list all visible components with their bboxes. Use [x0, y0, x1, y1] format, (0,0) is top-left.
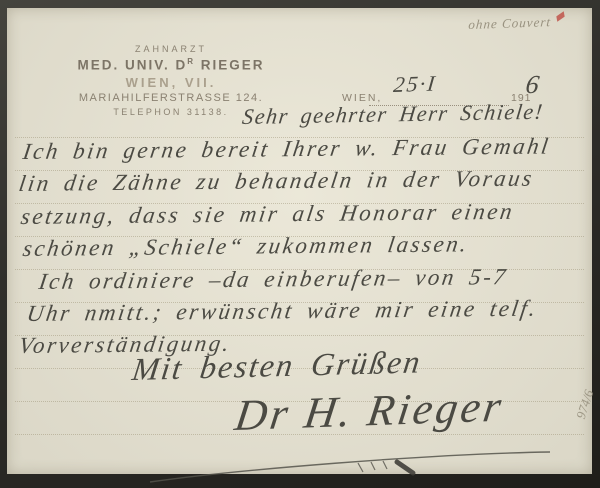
- scanned-letter: { "annotations": { "pencil_note": "ohne …: [0, 0, 600, 488]
- letter-body-line: Ich ordiniere –da einberufen– von 5-7: [37, 264, 509, 295]
- letter-body-line: setzung, dass sie mir als Honorar einen: [19, 199, 516, 230]
- pencil-note: ohne Couvert: [468, 14, 552, 33]
- dateline-year-handwritten: 6: [524, 70, 541, 100]
- letterhead-street: MARIAHILFERSTRASSE 124.: [45, 92, 297, 104]
- dateline-date-handwritten: 25·I: [392, 71, 438, 98]
- inventory-number: 974/6: [573, 388, 597, 421]
- letter-greeting: Sehr geehrter Herr Schiele!: [241, 99, 545, 130]
- letterhead-name-prefix: MED. UNIV. D: [77, 58, 187, 73]
- letterhead-city: WIEN, VII.: [45, 75, 297, 90]
- letter-closing: Mit besten Grüßen: [130, 343, 424, 388]
- letterhead-name-superscript: R: [187, 57, 195, 66]
- letter-paper: ZAHNARZT MED. UNIV. DR RIEGER WIEN, VII.…: [7, 8, 592, 474]
- letterhead-name-surname: RIEGER: [195, 58, 265, 73]
- letterhead-name: MED. UNIV. DR RIEGER: [45, 57, 297, 73]
- signature: Dr H. Rieger: [232, 381, 508, 441]
- letter-body-line: schönen „Schiele“ zukommen lassen.: [21, 231, 471, 262]
- signature-flourish: [125, 436, 575, 488]
- letter-body-line: Uhr nmitt.; erwünscht wäre mir eine telf…: [25, 296, 540, 327]
- red-mark-icon: [556, 11, 564, 22]
- letter-body-line: lin die Zähne zu behandeln in der Voraus: [17, 166, 536, 197]
- letterhead-profession: ZAHNARZT: [45, 44, 297, 54]
- letter-body-line: Ich bin gerne bereit Ihrer w. Frau Gemah…: [21, 133, 552, 165]
